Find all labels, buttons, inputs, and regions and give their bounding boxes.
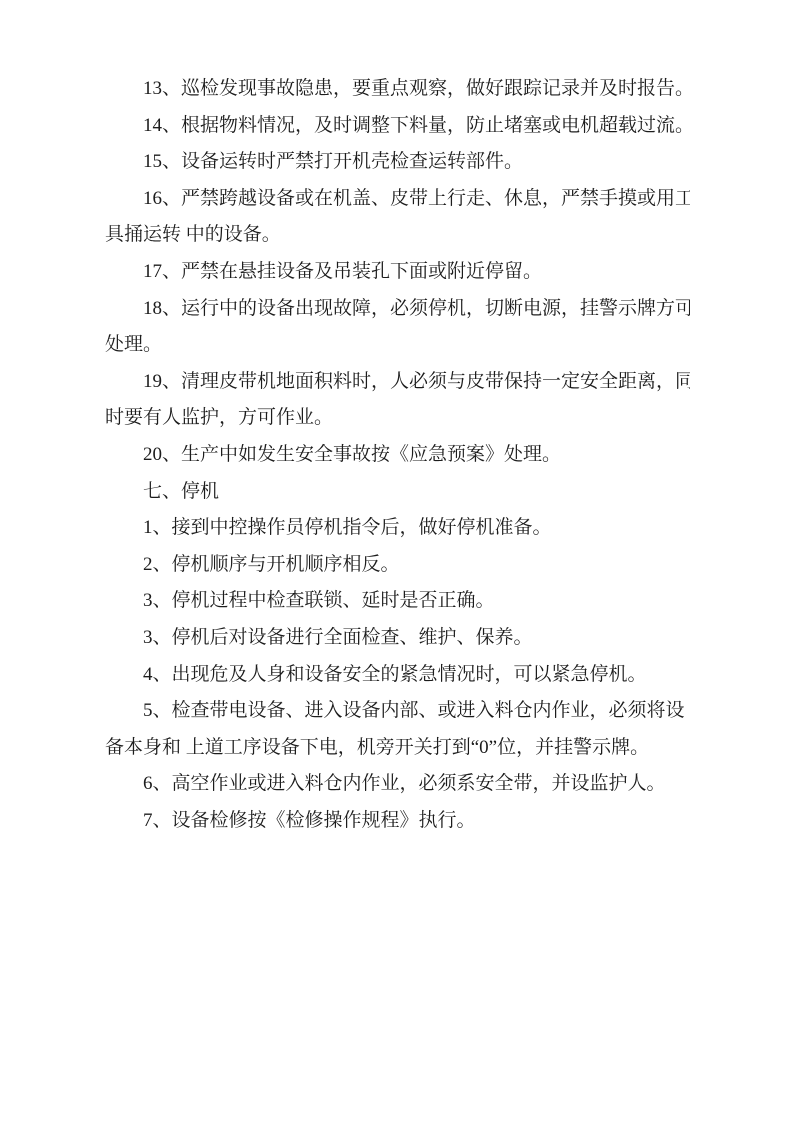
document-page: 13、巡检发现事故隐患，要重点观察，做好跟踪记录并及时报告。14、根据物料情况，… [0,0,793,1122]
text-line: 1、接到中控操作员停机指令后，做好停机准备。 [105,510,690,547]
text-line: 4、出现危及人身和设备安全的紧急情况时，可以紧急停机。 [105,657,690,694]
text-line: 14、根据物料情况，及时调整下料量，防止堵塞或电机超载过流。 [105,108,690,145]
text-line: 15、设备运转时严禁打开机壳检查运转部件。 [105,144,690,181]
document-body: 13、巡检发现事故隐患，要重点观察，做好跟踪记录并及时报告。14、根据物料情况，… [105,71,690,839]
text-line: 16、严禁跨越设备或在机盖、皮带上行走、休息，严禁手摸或用工 [105,181,690,218]
text-line: 时要有人监护，方可作业。 [105,400,690,437]
text-line: 7、设备检修按《检修操作规程》执行。 [105,803,690,840]
text-line: 处理。 [105,327,690,364]
text-line: 3、停机过程中检查联锁、延时是否正确。 [105,583,690,620]
text-line: 6、高空作业或进入料仓内作业，必须系安全带，并设监护人。 [105,766,690,803]
text-line: 19、清理皮带机地面积料时，人必须与皮带保持一定安全距离，同 [105,364,690,401]
text-line: 2、停机顺序与开机顺序相反。 [105,547,690,584]
text-line: 七、停机 [105,474,690,511]
text-line: 17、严禁在悬挂设备及吊装孔下面或附近停留。 [105,254,690,291]
text-line: 20、生产中如发生安全事故按《应急预案》处理。 [105,437,690,474]
text-line: 3、停机后对设备进行全面检查、维护、保养。 [105,620,690,657]
text-line: 13、巡检发现事故隐患，要重点观察，做好跟踪记录并及时报告。 [105,71,690,108]
text-line: 5、检查带电设备、进入设备内部、或进入料仓内作业，必须将设 [105,693,690,730]
text-line: 18、运行中的设备出现故障，必须停机，切断电源，挂警示牌方可 [105,291,690,328]
text-line: 备本身和 上道工序设备下电，机旁开关打到“0”位，并挂警示牌。 [105,730,690,767]
text-line: 具捅运转 中的设备。 [105,217,690,254]
